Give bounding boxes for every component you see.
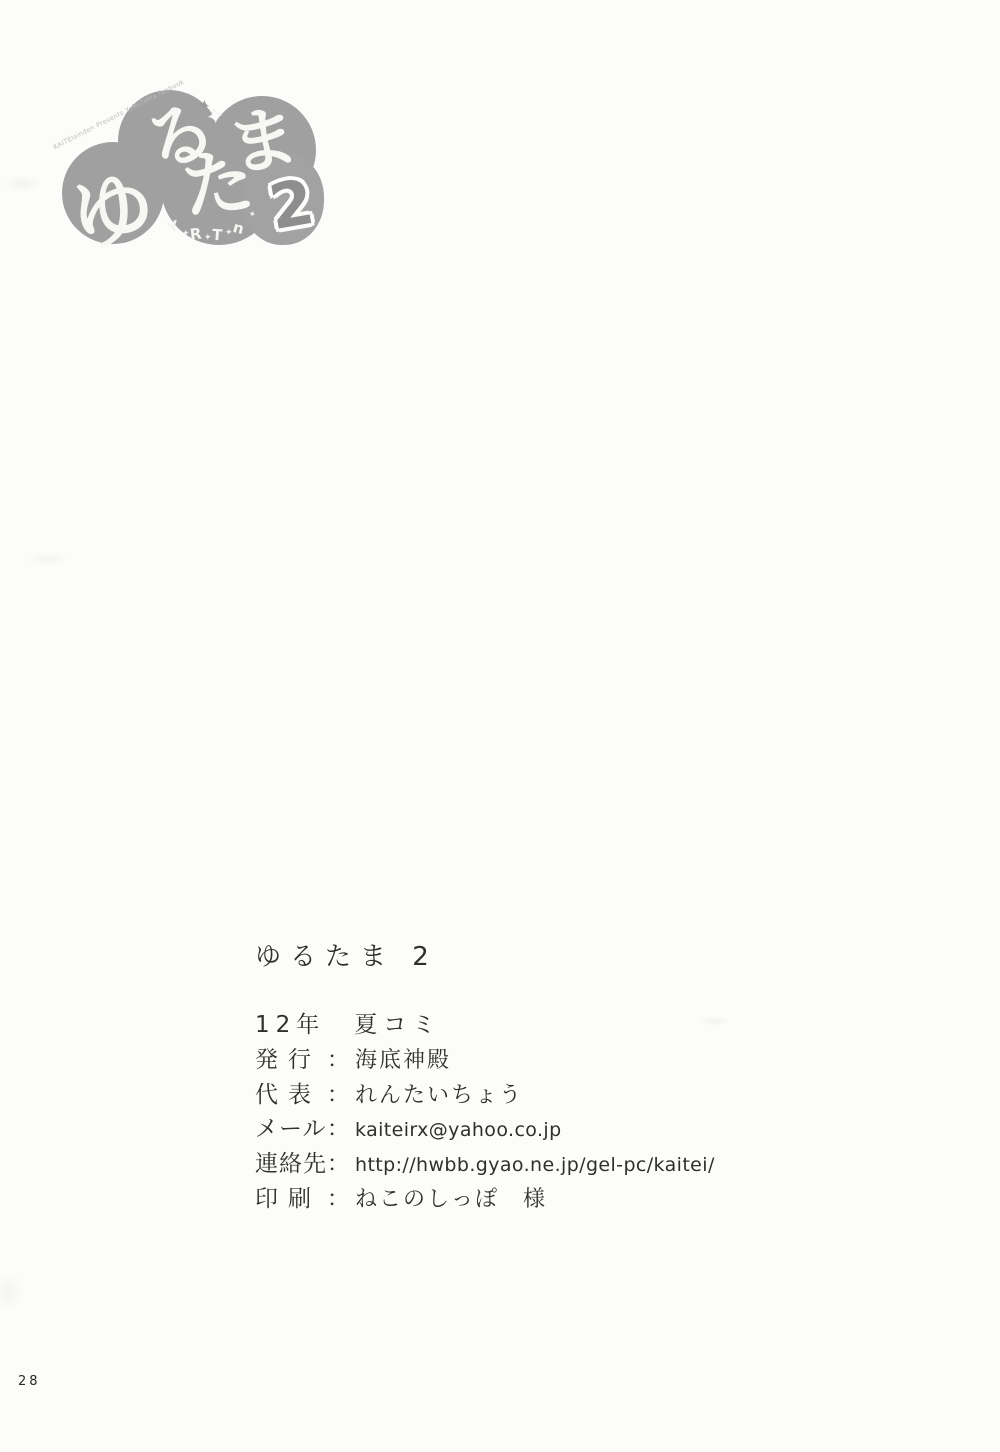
logo-char-ta: た: [178, 144, 257, 223]
credit-value: 海底神殿: [355, 1044, 451, 1079]
credit-colon: ：: [327, 1183, 349, 1218]
credit-label: 発行: [255, 1043, 327, 1078]
credit-lines: 12年 夏コミ 発行：海底神殿 代表：れんたいちょう メール：kaiteirx@…: [255, 1008, 715, 1217]
booklet-title: ゆるたま 2: [255, 941, 438, 973]
credit-value-url: http://hwbb.gyao.ne.jp/gel-pc/kaitei/: [355, 1148, 715, 1183]
page-number: 28: [18, 1374, 41, 1389]
logo-subtitle-letter: T: [211, 228, 222, 244]
credit-colon: ：: [327, 1079, 349, 1114]
credit-label: 印刷: [255, 1182, 327, 1217]
credit-colon: ：: [327, 1148, 349, 1183]
event-line: 12年 夏コミ: [255, 1008, 715, 1043]
scan-smudge: [4, 176, 42, 192]
scan-smudge: [0, 1272, 24, 1312]
logo-char-yu: ゆ: [68, 168, 158, 258]
credit-value-email: kaiteirx@yahoo.co.jp: [355, 1113, 562, 1148]
yurutama-logo: KAITEIsinden Presents YuRuTaMa fanbook る…: [58, 78, 348, 273]
star-icon: ✦: [205, 106, 226, 130]
credit-label: メール: [255, 1112, 327, 1147]
credit-value: ねこのしっぽ 様: [355, 1183, 547, 1218]
credit-row-publisher: 発行：海底神殿: [255, 1043, 715, 1078]
scan-smudge: [26, 552, 70, 566]
credit-row-representative: 代表：れんたいちょう: [255, 1078, 715, 1113]
credit-colon: ：: [327, 1044, 349, 1079]
credit-colon: ：: [327, 1113, 349, 1148]
scanned-page: KAITEIsinden Presents YuRuTaMa fanbook る…: [0, 0, 1000, 1452]
star-icon: ✦: [204, 234, 212, 243]
credit-row-printer: 印刷：ねこのしっぽ 様: [255, 1182, 715, 1217]
credit-row-contact-url: 連絡先：http://hwbb.gyao.ne.jp/gel-pc/kaitei…: [255, 1147, 715, 1182]
credit-label: 代表: [255, 1078, 327, 1113]
logo-subtitle-letter: R: [189, 226, 202, 242]
credit-value: れんたいちょう: [355, 1079, 523, 1114]
credit-label: 連絡先: [255, 1147, 327, 1182]
star-icon: ✦: [182, 230, 190, 239]
credit-row-email: メール：kaiteirx@yahoo.co.jp: [255, 1112, 715, 1147]
